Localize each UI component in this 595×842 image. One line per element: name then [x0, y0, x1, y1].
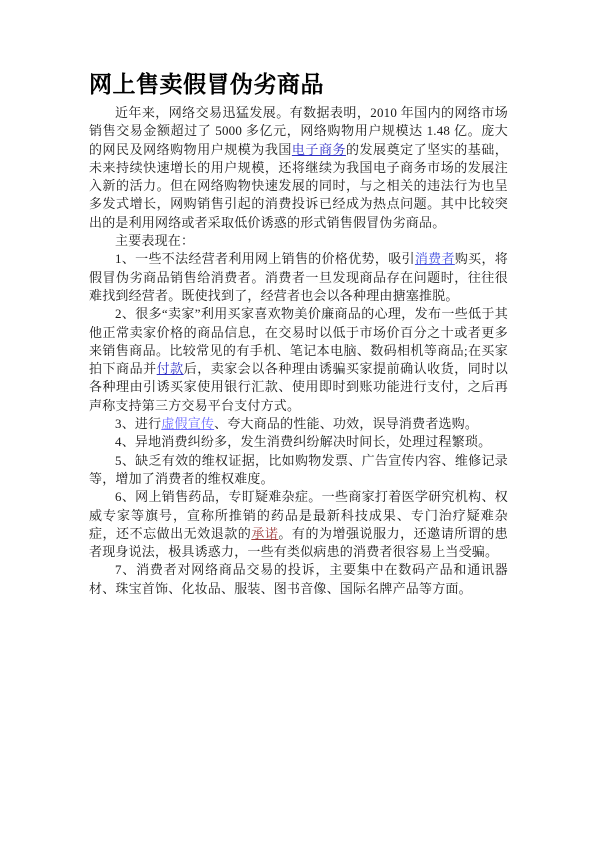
paragraph-item-6: 6、网上销售药品，专盯疑难杂症。一些商家打着医学研究机构、权威专家等旗号，宣称所… — [89, 488, 508, 561]
paragraph-item-4: 4、异地消费纠纷多，发生消费纠纷解决时间长，处理过程繁琐。 — [89, 433, 508, 451]
paragraph-lead: 主要表现在： — [89, 232, 508, 250]
paragraph-item-1: 1、一些不法经营者利用网上销售的价格优势，吸引消费者购买，将假冒伪劣商品销售给消… — [89, 250, 508, 305]
paragraph-item-7: 7、消费者对网络商品交易的投诉，主要集中在数码产品和通讯器材、珠宝首饰、化妆品、… — [89, 561, 508, 598]
document-body: 近年来，网络交易迅猛发展。有数据表明，2010 年国内的网络市场销售交易金额超过… — [89, 104, 508, 598]
text-run: 4、异地消费纠纷多，发生消费纠纷解决时间长，处理过程繁琐。 — [115, 434, 491, 449]
document-content: 网上售卖假冒伪劣商品 近年来，网络交易迅猛发展。有数据表明，2010 年国内的网… — [89, 70, 508, 598]
text-run: 、夸大商品的性能、功效，误导消费者选购。 — [214, 416, 478, 431]
paragraph-item-2: 2、很多“卖家”利用买家喜欢物美价廉商品的心理，发布一些低于其他正常卖家价格的商… — [89, 305, 508, 415]
link-promise[interactable]: 承诺 — [251, 526, 278, 541]
link-payment[interactable]: 付款 — [157, 361, 184, 376]
page-title: 网上售卖假冒伪劣商品 — [89, 70, 508, 100]
text-run: 3、进行 — [115, 416, 161, 431]
document-page: 网上售卖假冒伪劣商品 近年来，网络交易迅猛发展。有数据表明，2010 年国内的网… — [0, 0, 595, 842]
paragraph-item-5: 5、缺乏有效的维权证据，比如购物发票、广告宣传内容、维修记录等，增加了消费者的维… — [89, 452, 508, 489]
paragraph-item-3: 3、进行虚假宣传、夸大商品的性能、功效，误导消费者选购。 — [89, 415, 508, 433]
text-run: 主要表现在： — [115, 233, 194, 248]
link-ecommerce[interactable]: 电子商务 — [292, 142, 346, 157]
link-consumer[interactable]: 消费者 — [415, 251, 455, 266]
paragraph-intro: 近年来，网络交易迅猛发展。有数据表明，2010 年国内的网络市场销售交易金额超过… — [89, 104, 508, 232]
link-false-advertising[interactable]: 虚假宣传 — [161, 416, 214, 431]
text-run: 1、一些不法经营者利用网上销售的价格优势，吸引 — [115, 251, 415, 266]
text-run: 5、缺乏有效的维权证据，比如购物发票、广告宣传内容、维修记录等，增加了消费者的维… — [89, 453, 508, 486]
text-run: 7、消费者对网络商品交易的投诉，主要集中在数码产品和通讯器材、珠宝首饰、化妆品、… — [89, 562, 508, 595]
